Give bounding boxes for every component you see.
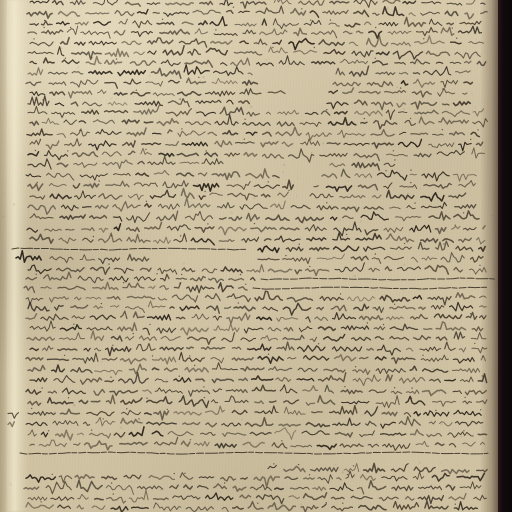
manuscript-line xyxy=(30,437,485,450)
manuscript-line xyxy=(28,26,481,38)
manuscript-line xyxy=(28,157,396,170)
manuscript-line xyxy=(26,471,484,487)
manuscript-line xyxy=(26,272,495,283)
manuscript-line xyxy=(30,0,485,8)
manuscript-line xyxy=(30,373,487,386)
manuscript-line xyxy=(28,106,484,120)
manuscript-line xyxy=(28,301,486,315)
manuscript-line xyxy=(30,115,488,129)
separator-rule-line xyxy=(20,452,488,454)
manuscript-line xyxy=(30,211,479,223)
manuscript-line xyxy=(30,36,484,50)
manuscript-line xyxy=(27,331,486,344)
manuscript-line xyxy=(30,321,483,335)
manuscript-line xyxy=(26,385,486,396)
manuscript-line xyxy=(12,241,485,252)
manuscript-line xyxy=(28,65,470,78)
manuscript-line xyxy=(28,263,486,276)
manuscript-line xyxy=(16,251,483,264)
manuscript-line xyxy=(28,490,486,504)
manuscript-line xyxy=(27,6,487,19)
manuscript-line xyxy=(26,291,486,305)
manuscript-line xyxy=(24,282,487,293)
manuscript-line xyxy=(27,222,485,236)
manuscript-line xyxy=(26,311,486,323)
manuscript-line xyxy=(28,395,487,407)
manuscript-line xyxy=(24,480,481,494)
manuscript-line xyxy=(28,96,470,110)
manuscript-line xyxy=(268,463,487,474)
manuscript-line xyxy=(26,352,485,364)
manuscript-line xyxy=(8,417,483,429)
manuscript-line xyxy=(26,77,472,88)
manuscript-line xyxy=(27,127,479,140)
manuscript-line xyxy=(30,87,467,98)
manuscript-line xyxy=(30,56,486,67)
manuscript-line xyxy=(30,342,487,356)
manuscript-line xyxy=(30,139,483,151)
manuscript-line xyxy=(28,180,475,191)
manuscript-line xyxy=(28,198,476,214)
manuscript-line xyxy=(26,501,477,512)
manuscript-line xyxy=(8,406,481,420)
manuscript-line xyxy=(30,233,485,245)
manuscript-line xyxy=(30,189,466,202)
manuscript-line xyxy=(28,427,487,440)
handwriting-layer xyxy=(0,0,512,512)
manuscript-photo xyxy=(0,0,512,512)
manuscript-line xyxy=(28,363,480,375)
manuscript-line xyxy=(30,17,481,29)
manuscript-line xyxy=(26,169,476,181)
